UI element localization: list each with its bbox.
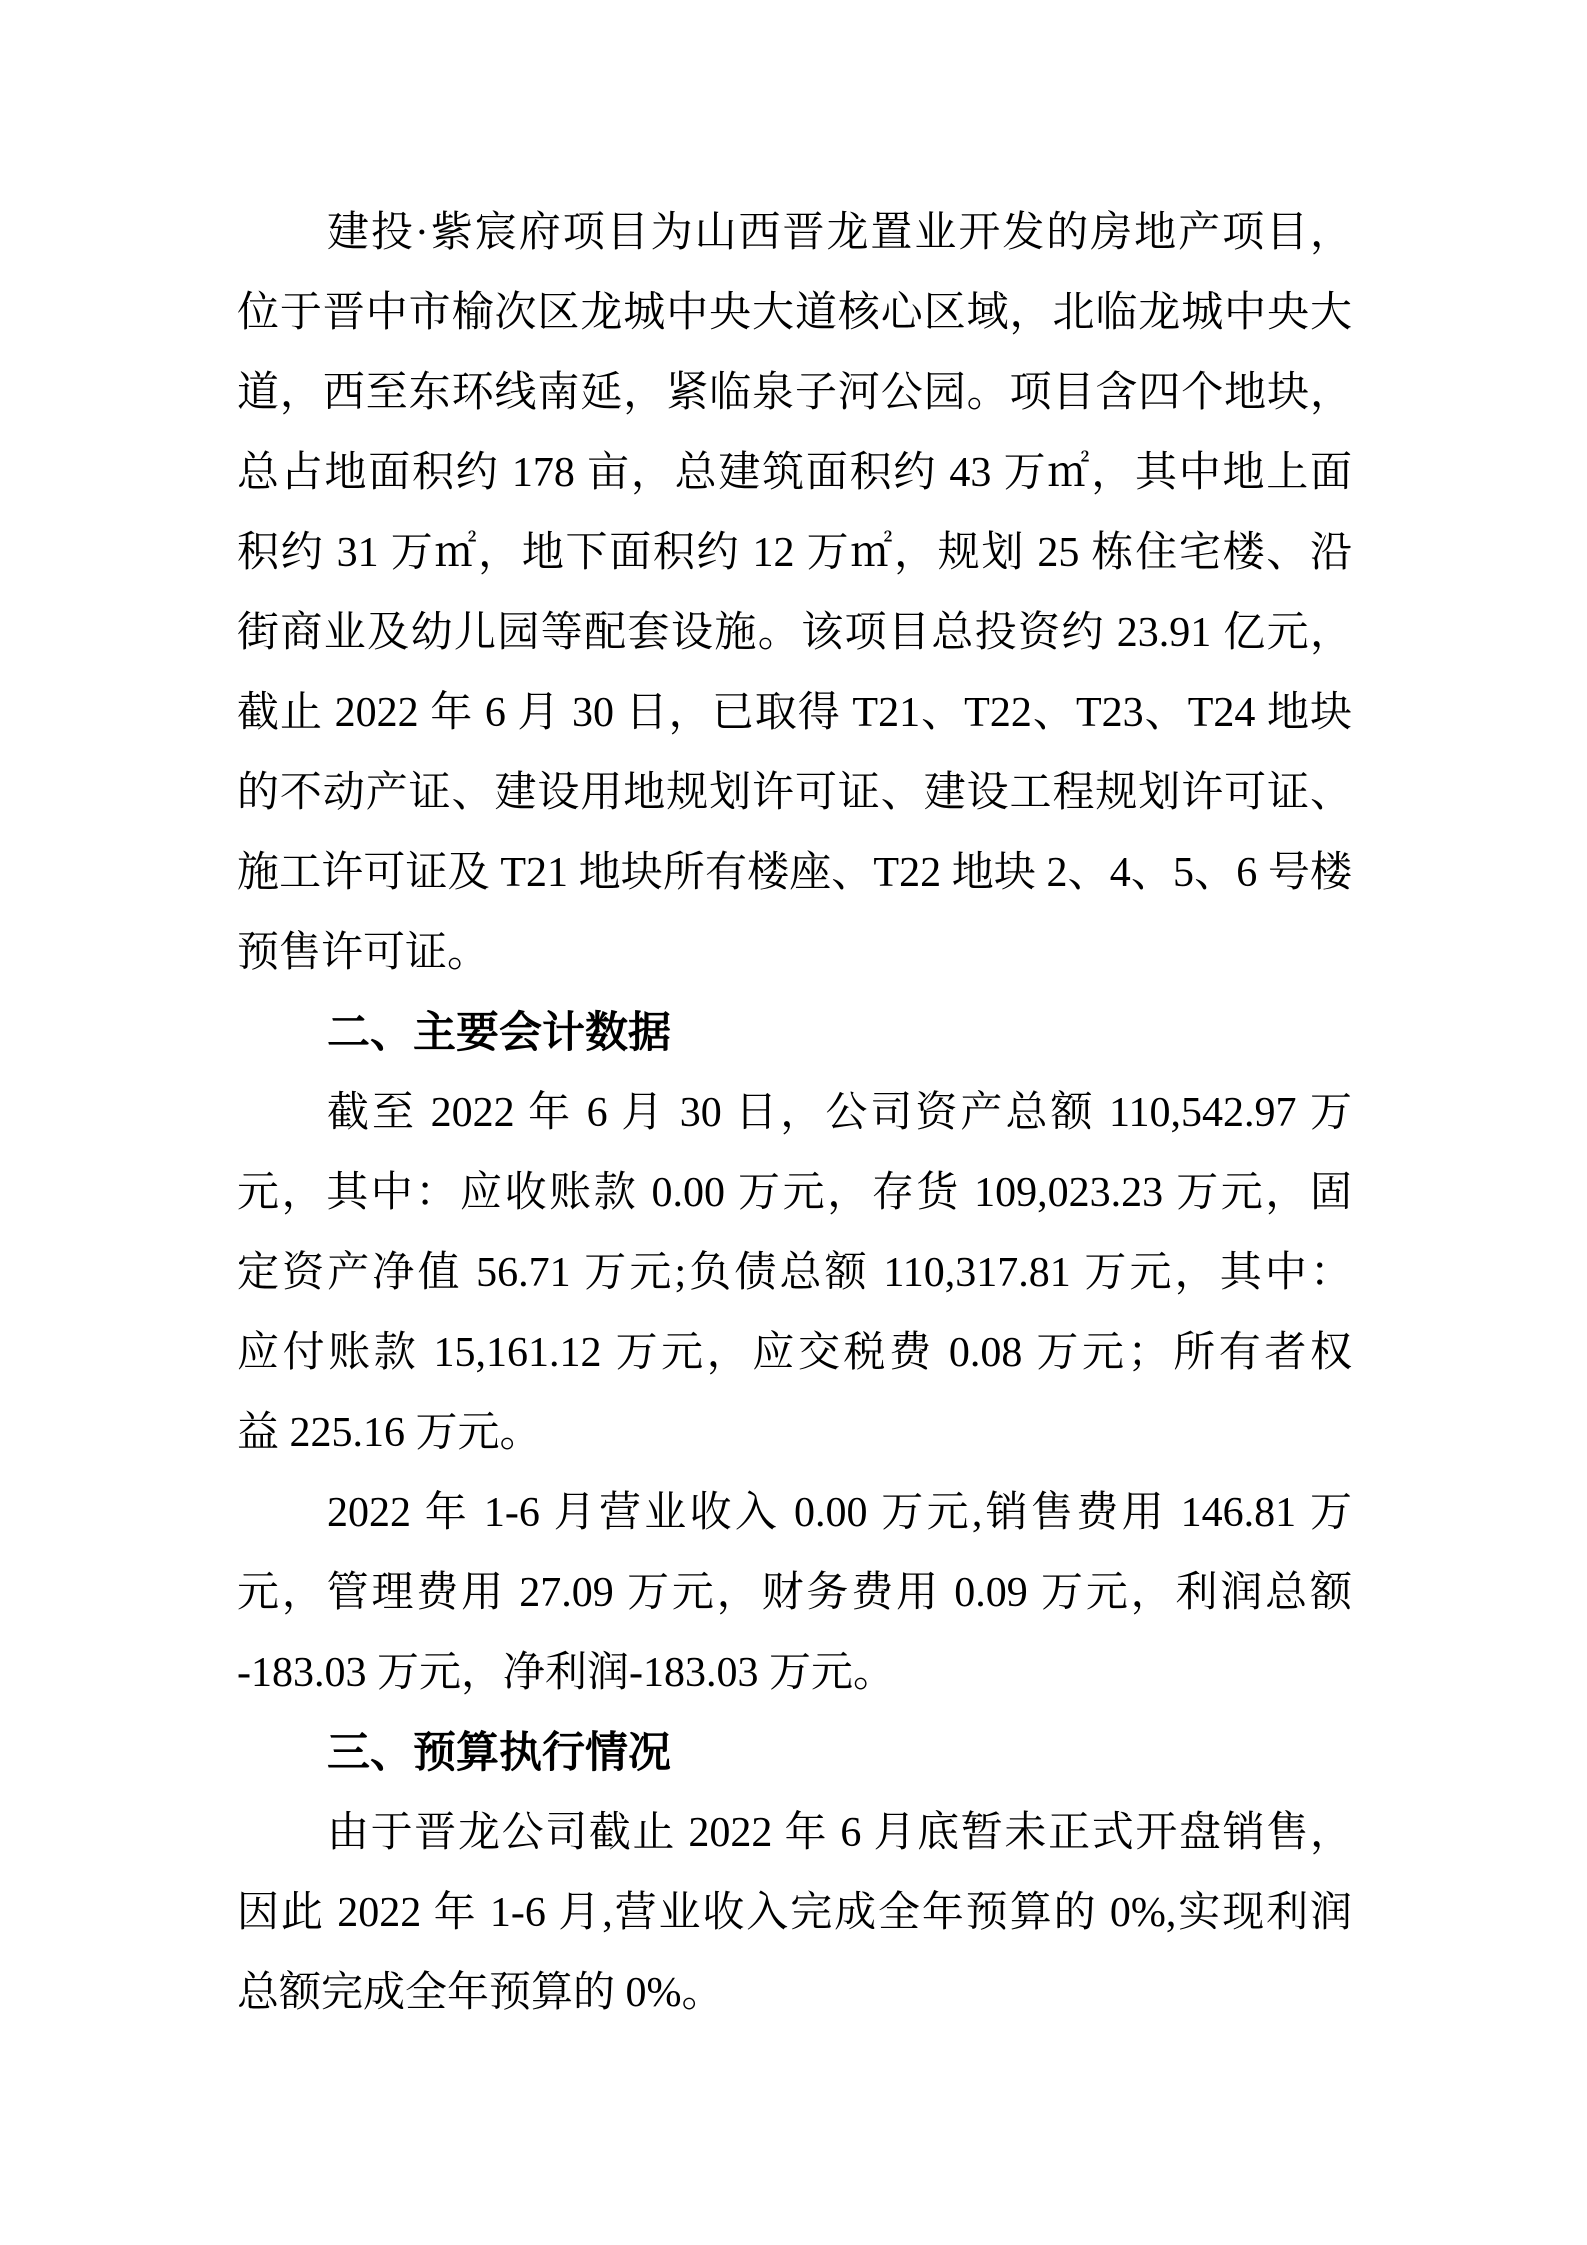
text-line: 积约 31 万㎡，地下面积约 12 万㎡，规划 25 栋住宅楼、沿 xyxy=(237,513,1352,593)
section-heading: 二、主要会计数据 xyxy=(237,993,1352,1073)
text-line: 总占地面积约 178 亩，总建筑面积约 43 万㎡，其中地上面 xyxy=(237,433,1352,513)
text-line: 截止 2022 年 6 月 30 日，已取得 T21、T22、T23、T24 地… xyxy=(237,673,1352,753)
text-line: 总额完成全年预算的 0%。 xyxy=(237,1953,1352,2033)
text-line: 截至 2022 年 6 月 30 日，公司资产总额 110,542.97 万 xyxy=(237,1073,1352,1153)
text-line: 因此 2022 年 1-6 月,营业收入完成全年预算的 0%,实现利润 xyxy=(237,1873,1352,1953)
page: 建投·紫宸府项目为山西晋龙置业开发的房地产项目，位于晋中市榆次区龙城中央大道核心… xyxy=(0,0,1587,2245)
text-line: 应付账款 15,161.12 万元，应交税费 0.08 万元；所有者权 xyxy=(237,1313,1352,1393)
text-line: -183.03 万元，净利润-183.03 万元。 xyxy=(237,1633,1352,1713)
text-line: 位于晋中市榆次区龙城中央大道核心区域，北临龙城中央大 xyxy=(237,273,1352,353)
text-line: 益 225.16 万元。 xyxy=(237,1393,1352,1473)
text-line: 街商业及幼儿园等配套设施。该项目总投资约 23.91 亿元， xyxy=(237,593,1352,673)
document-body: 建投·紫宸府项目为山西晋龙置业开发的房地产项目，位于晋中市榆次区龙城中央大道核心… xyxy=(237,193,1352,2033)
text-line: 建投·紫宸府项目为山西晋龙置业开发的房地产项目， xyxy=(237,193,1352,273)
text-line: 2022 年 1-6 月营业收入 0.00 万元,销售费用 146.81 万 xyxy=(237,1473,1352,1553)
section-heading: 三、预算执行情况 xyxy=(237,1713,1352,1793)
text-line: 元，管理费用 27.09 万元，财务费用 0.09 万元，利润总额 xyxy=(237,1553,1352,1633)
text-line: 定资产净值 56.71 万元;负债总额 110,317.81 万元，其中： xyxy=(237,1233,1352,1313)
text-line: 元，其中：应收账款 0.00 万元，存货 109,023.23 万元，固 xyxy=(237,1153,1352,1233)
text-line: 道，西至东环线南延，紧临泉子河公园。项目含四个地块， xyxy=(237,353,1352,433)
text-line: 预售许可证。 xyxy=(237,913,1352,993)
text-line: 施工许可证及 T21 地块所有楼座、T22 地块 2、4、5、6 号楼 xyxy=(237,833,1352,913)
text-line: 由于晋龙公司截止 2022 年 6 月底暂未正式开盘销售， xyxy=(237,1793,1352,1873)
text-line: 的不动产证、建设用地规划许可证、建设工程规划许可证、 xyxy=(237,753,1352,833)
